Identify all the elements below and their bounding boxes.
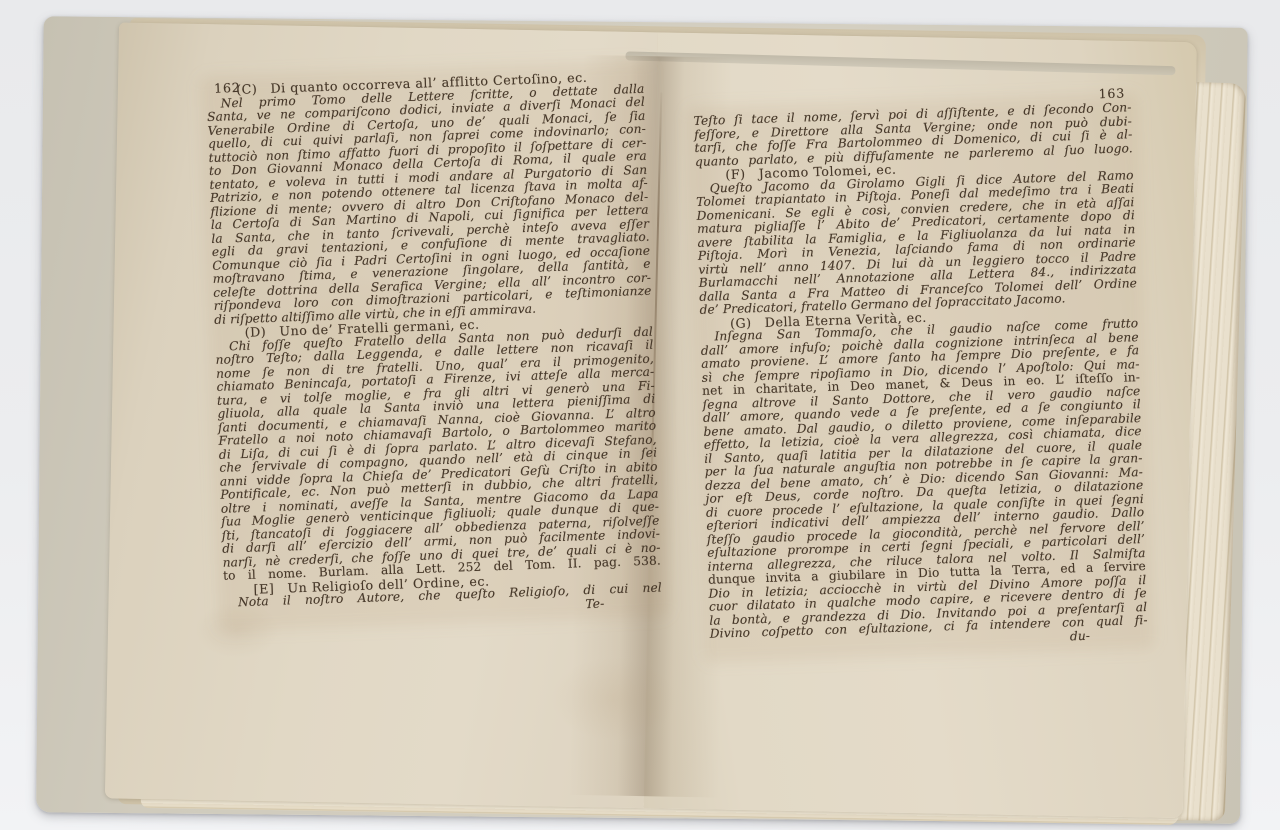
open-book: 162 (C) Di quanto occorreva all’ afflitt… <box>21 0 1254 830</box>
page-number-left: 162 <box>214 80 241 96</box>
left-page-text-column: 162 (C) Di quanto occorreva all’ afflitt… <box>206 69 663 624</box>
book-photo-scene: 162 (C) Di quanto occorreva all’ afflitt… <box>0 0 1280 830</box>
right-page-text-column: 163 Teſto ſi tace il nome, ſervì poi di … <box>693 101 1148 654</box>
page-number-right: 163 <box>1098 85 1125 101</box>
